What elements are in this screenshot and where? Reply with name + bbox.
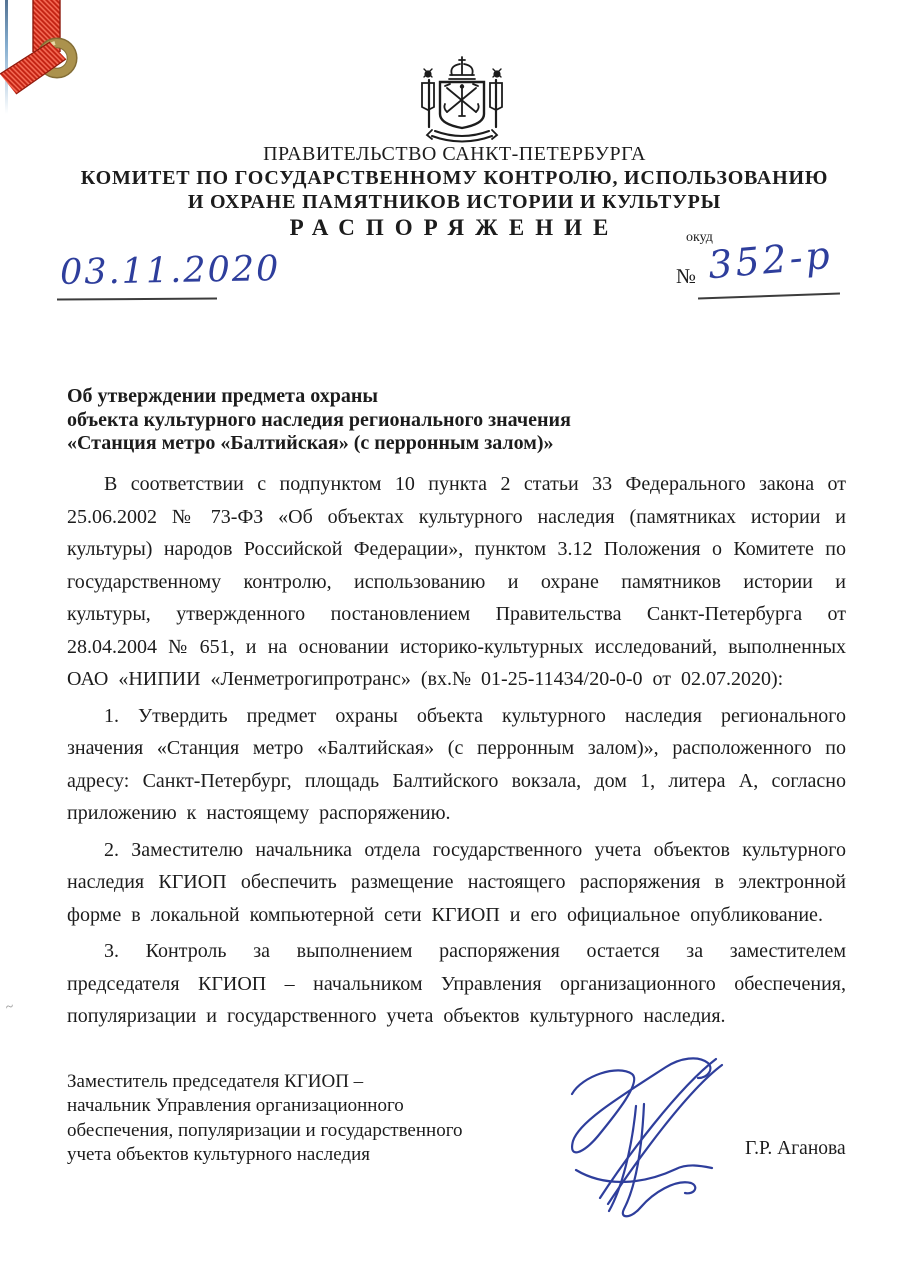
number-underline [698,293,840,300]
government-title: ПРАВИТЕЛЬСТВО САНКТ-ПЕТЕРБУРГА [0,143,909,166]
subject-line-1: Об утверждении предмета охраны [67,385,687,409]
decree-paragraph-preamble: В соответствии с подпунктом 10 пункта 2 … [67,468,846,696]
handwritten-number: 352-р [706,233,834,288]
signature-scribble [556,1048,740,1220]
committee-name-line1: КОМИТЕТ ПО ГОСУДАРСТВЕННОМУ КОНТРОЛЮ, ИС… [0,167,909,190]
signer-name: Г.Р. Аганова [745,1138,846,1160]
handwritten-date: 03.11.2020 [60,249,281,293]
document-page: ~ [0,0,909,1285]
subject-line-2: объекта культурного наследия регионально… [67,409,687,433]
signer-position-line-1: Заместитель председателя КГИОП – [67,1070,463,1094]
signer-position-block: Заместитель председателя КГИОП – начальн… [67,1070,463,1167]
ribbon-graphic [0,0,115,135]
committee-name-line2: И ОХРАНЕ ПАМЯТНИКОВ ИСТОРИИ И КУЛЬТУРЫ [0,191,909,214]
signer-position-line-2: начальник Управления организационного [67,1094,463,1118]
subject-line-3: «Станция метро «Балтийская» (с перронным… [67,432,687,456]
binding-ribbon [0,0,115,135]
decree-item-2: 2. Заместителю начальника отдела государ… [67,834,846,932]
signer-position-line-4: учета объектов культурного наследия [67,1143,463,1167]
decree-subject: Об утверждении предмета охраны объекта к… [67,385,687,456]
decree-item-3: 3. Контроль за выполнением распоряжения … [67,935,846,1033]
number-sign-label: № [676,264,696,289]
coat-of-arms-icon [405,55,520,147]
signer-position-line-3: обеспечения, популяризации и государстве… [67,1119,463,1143]
scan-mark: ~ [4,999,15,1016]
decree-item-1: 1. Утвердить предмет охраны объекта куль… [67,700,846,830]
date-underline [57,297,217,300]
decree-body: В соответствии с подпунктом 10 пункта 2 … [67,468,846,1037]
